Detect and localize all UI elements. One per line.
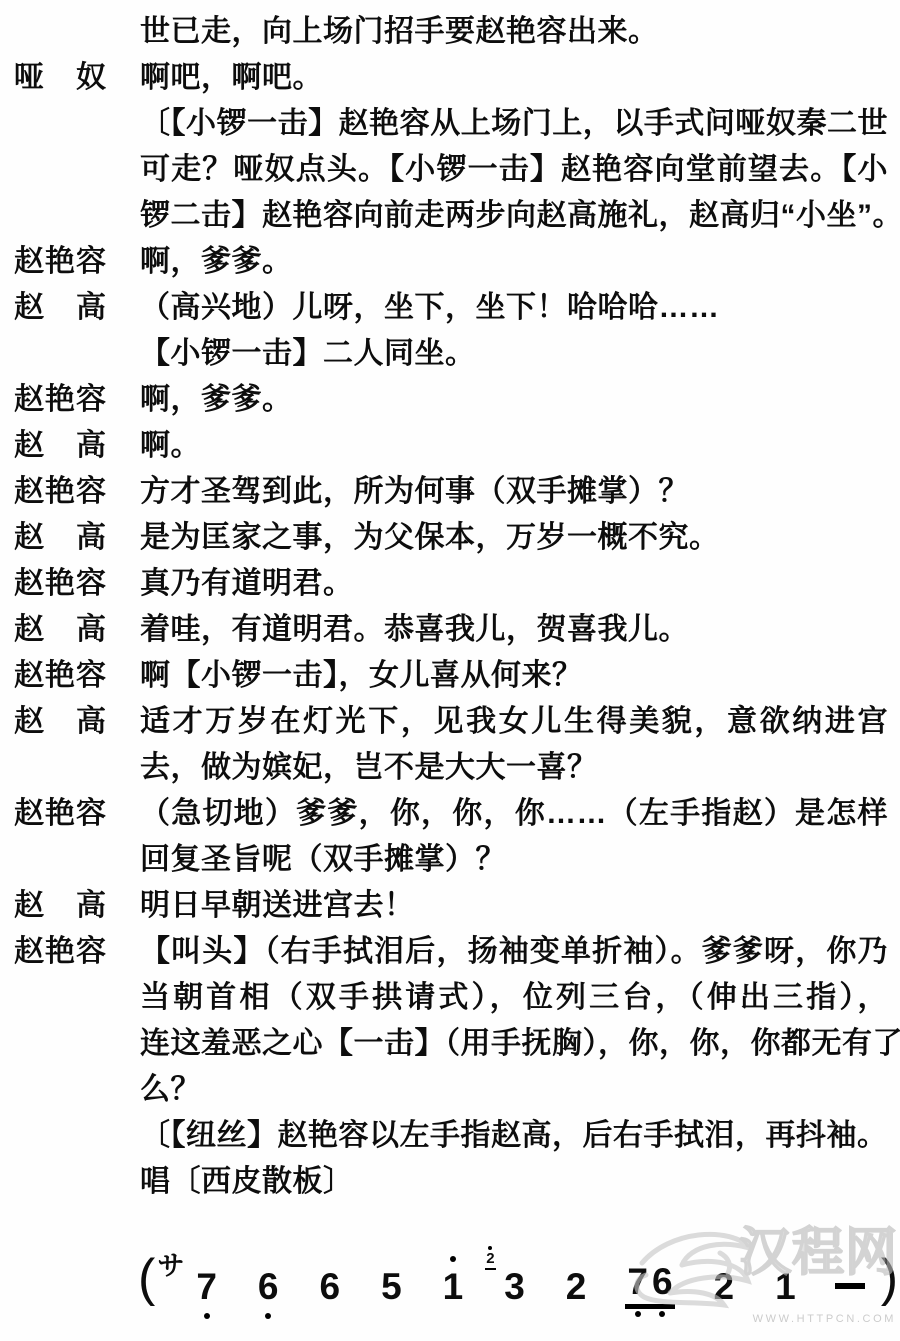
script-body: 世已走，向上场门招手要赵艳容出来。 哑 奴 啊吧，啊吧。 〔【小锣一击】赵艳容从… xyxy=(0,0,900,1205)
jianpu-note: 2 xyxy=(712,1268,737,1305)
script-block: 赵 高 着哇，有道明君。恭喜我儿，贺喜我儿。 xyxy=(14,607,888,653)
script-line: 方才圣驾到此，所为何事（双手摊掌）？ xyxy=(140,469,888,515)
script-block: 赵艳容 【叫头】（右手拭泪后，扬袖变单折袖）。爹爹呀，你乃当朝首相（双手拱请式）… xyxy=(14,929,888,1113)
dialogue-lines: 真乃有道明君。 xyxy=(140,561,888,607)
script-block: 赵 高 明日早朝送进宫去！ xyxy=(14,883,888,929)
jianpu-note: 6 xyxy=(317,1268,342,1305)
script-block: 哑 奴 啊吧，啊吧。 xyxy=(14,55,888,101)
script-block: 赵艳容 啊，爹爹。 xyxy=(14,377,888,423)
script-line: （高兴地）儿呀，坐下，坐下！哈哈哈…… xyxy=(140,285,888,331)
speaker-name: 赵艳容 xyxy=(14,239,114,285)
speaker-name: 赵 高 xyxy=(14,423,114,469)
jianpu-note: 76 xyxy=(625,1263,674,1309)
dialogue-lines: 啊。 xyxy=(140,423,888,469)
speaker-name: 赵 高 xyxy=(14,607,114,653)
script-block: 世已走，向上场门招手要赵艳容出来。 xyxy=(14,9,888,55)
dialogue-lines: （高兴地）儿呀，坐下，坐下！哈哈哈…… xyxy=(140,285,888,331)
speaker-name: 赵 高 xyxy=(14,515,114,561)
script-line: 锣二击】赵艳容向前走两步向赵高施礼，赵高归“小坐”。 xyxy=(140,193,888,239)
script-page: 世已走，向上场门招手要赵艳容出来。 哑 奴 啊吧，啊吧。 〔【小锣一击】赵艳容从… xyxy=(0,0,900,1341)
script-line: 〔【纽丝】赵艳容以左手指赵高，后右手拭泪，再抖袖。 xyxy=(140,1113,888,1159)
dialogue-lines: 着哇，有道明君。恭喜我儿，贺喜我儿。 xyxy=(140,607,888,653)
speaker-name: 赵艳容 xyxy=(14,929,114,975)
script-line: 可走？哑奴点头。【小锣一击】赵艳容向堂前望去。【小 xyxy=(140,147,888,193)
jianpu-notation: ( サ 766512327621 ) xyxy=(138,1243,900,1329)
script-block: 赵 高 适才万岁在灯光下，见我女儿生得美貌，意欲纳进宫去，做为嫔妃，岂不是大大一… xyxy=(14,699,888,791)
notation-close-paren: ) xyxy=(881,1252,898,1304)
jianpu-note: 7 xyxy=(194,1268,219,1305)
script-line: 明日早朝送进宫去！ xyxy=(140,883,888,929)
script-line: 啊，爹爹。 xyxy=(140,377,888,423)
script-line: 当朝首相（双手拱请式），位列三台，（伸出三指）， xyxy=(140,975,888,1021)
dialogue-lines: 啊，爹爹。 xyxy=(140,239,888,285)
dialogue-lines: 适才万岁在灯光下，见我女儿生得美貌，意欲纳进宫去，做为嫔妃，岂不是大大一喜？ xyxy=(140,699,888,791)
dialogue-lines: 明日早朝送进宫去！ xyxy=(140,883,888,929)
dialogue-lines: 啊吧，啊吧。 xyxy=(140,55,888,101)
script-line: 啊，爹爹。 xyxy=(140,239,888,285)
script-line: 是为匡家之事，为父保本，万岁一概不究。 xyxy=(140,515,888,561)
speaker-name: 赵艳容 xyxy=(14,561,114,607)
dialogue-lines: 啊，爹爹。 xyxy=(140,377,888,423)
script-block: 赵艳容 方才圣驾到此，所为何事（双手摊掌）？ xyxy=(14,469,888,515)
script-block: 赵艳容 （急切地）爹爹，你，你，你……（左手指赵）是怎样回复圣旨呢（双手摊掌）？ xyxy=(14,791,888,883)
jianpu-note: 6 xyxy=(256,1268,281,1305)
script-line: 着哇，有道明君。恭喜我儿，贺喜我儿。 xyxy=(140,607,888,653)
speaker-name: 赵 高 xyxy=(14,285,114,331)
dialogue-lines: （急切地）爹爹，你，你，你……（左手指赵）是怎样回复圣旨呢（双手摊掌）？ xyxy=(140,791,888,883)
script-line: 【小锣一击】二人同坐。 xyxy=(140,331,888,377)
speaker-name: 赵艳容 xyxy=(14,377,114,423)
script-line: 【叫头】（右手拭泪后，扬袖变单折袖）。爹爹呀，你乃 xyxy=(140,929,888,975)
script-line: 回复圣旨呢（双手摊掌）？ xyxy=(140,837,888,883)
notation-notes: 766512327621 xyxy=(194,1263,878,1309)
speaker-name: 哑 奴 xyxy=(14,55,114,101)
jianpu-note: 1 xyxy=(773,1268,798,1305)
jianpu-note: 1 xyxy=(441,1268,466,1305)
dialogue-lines: 〔【纽丝】赵艳容以左手指赵高，后右手拭泪，再抖袖。 xyxy=(140,1113,888,1159)
script-line: 啊吧，啊吧。 xyxy=(140,55,888,101)
dialogue-lines: 方才圣驾到此，所为何事（双手摊掌）？ xyxy=(140,469,888,515)
script-line: 世已走，向上场门招手要赵艳容出来。 xyxy=(140,9,888,55)
dialogue-lines: 是为匡家之事，为父保本，万岁一概不究。 xyxy=(140,515,888,561)
note-extension-dash xyxy=(835,1283,865,1289)
jianpu-note: 5 xyxy=(379,1268,404,1305)
script-block: 赵 高 （高兴地）儿呀，坐下，坐下！哈哈哈…… xyxy=(14,285,888,331)
dialogue-lines: 〔【小锣一击】赵艳容从上场门上，以手式问哑奴秦二世可走？哑奴点头。【小锣一击】赵… xyxy=(140,101,888,239)
script-block: 赵 高 啊。 xyxy=(14,423,888,469)
speaker-name: 赵艳容 xyxy=(14,469,114,515)
dialogue-lines: 世已走，向上场门招手要赵艳容出来。 xyxy=(140,9,888,55)
script-line: 唱〔西皮散板〕 xyxy=(140,1159,888,1205)
speaker-name: 赵艳容 xyxy=(14,653,114,699)
script-line: 连这羞恶之心【一击】（用手抚胸），你，你，你都无有了 xyxy=(140,1021,888,1067)
jianpu-note: 23 xyxy=(502,1268,527,1305)
script-line: 啊【小锣一击】，女儿喜从何来？ xyxy=(140,653,888,699)
script-line: 适才万岁在灯光下，见我女儿生得美貌，意欲纳进宫 xyxy=(140,699,888,745)
grace-note: 2 xyxy=(485,1246,495,1266)
script-line: （急切地）爹爹，你，你，你……（左手指赵）是怎样 xyxy=(140,791,888,837)
speaker-name: 赵 高 xyxy=(14,883,114,929)
script-line: 么？ xyxy=(140,1067,888,1113)
script-block: 〔【小锣一击】赵艳容从上场门上，以手式问哑奴秦二世可走？哑奴点头。【小锣一击】赵… xyxy=(14,101,888,239)
script-line: 〔【小锣一击】赵艳容从上场门上，以手式问哑奴秦二世 xyxy=(140,101,888,147)
script-block: 〔【纽丝】赵艳容以左手指赵高，后右手拭泪，再抖袖。 xyxy=(14,1113,888,1159)
script-line: 啊。 xyxy=(140,423,888,469)
script-block: 赵艳容 啊【小锣一击】，女儿喜从何来？ xyxy=(14,653,888,699)
script-line: 真乃有道明君。 xyxy=(140,561,888,607)
script-block: 赵艳容 真乃有道明君。 xyxy=(14,561,888,607)
script-block: 【小锣一击】二人同坐。 xyxy=(14,331,888,377)
jianpu-dash-note xyxy=(835,1283,865,1289)
script-block: 唱〔西皮散板〕 xyxy=(14,1159,888,1205)
dialogue-lines: 啊【小锣一击】，女儿喜从何来？ xyxy=(140,653,888,699)
dialogue-lines: 【叫头】（右手拭泪后，扬袖变单折袖）。爹爹呀，你乃当朝首相（双手拱请式），位列三… xyxy=(140,929,888,1113)
speaker-name: 赵艳容 xyxy=(14,791,114,837)
script-block: 赵艳容 啊，爹爹。 xyxy=(14,239,888,285)
free-meter-symbol: サ xyxy=(157,1253,184,1280)
jianpu-note: 2 xyxy=(564,1268,589,1305)
dialogue-lines: 唱〔西皮散板〕 xyxy=(140,1159,888,1205)
script-block: 赵 高 是为匡家之事，为父保本，万岁一概不究。 xyxy=(14,515,888,561)
speaker-name: 赵 高 xyxy=(14,699,114,745)
notation-open-paren: ( xyxy=(138,1252,155,1304)
dialogue-lines: 【小锣一击】二人同坐。 xyxy=(140,331,888,377)
script-line: 去，做为嫔妃，岂不是大大一喜？ xyxy=(140,745,888,791)
